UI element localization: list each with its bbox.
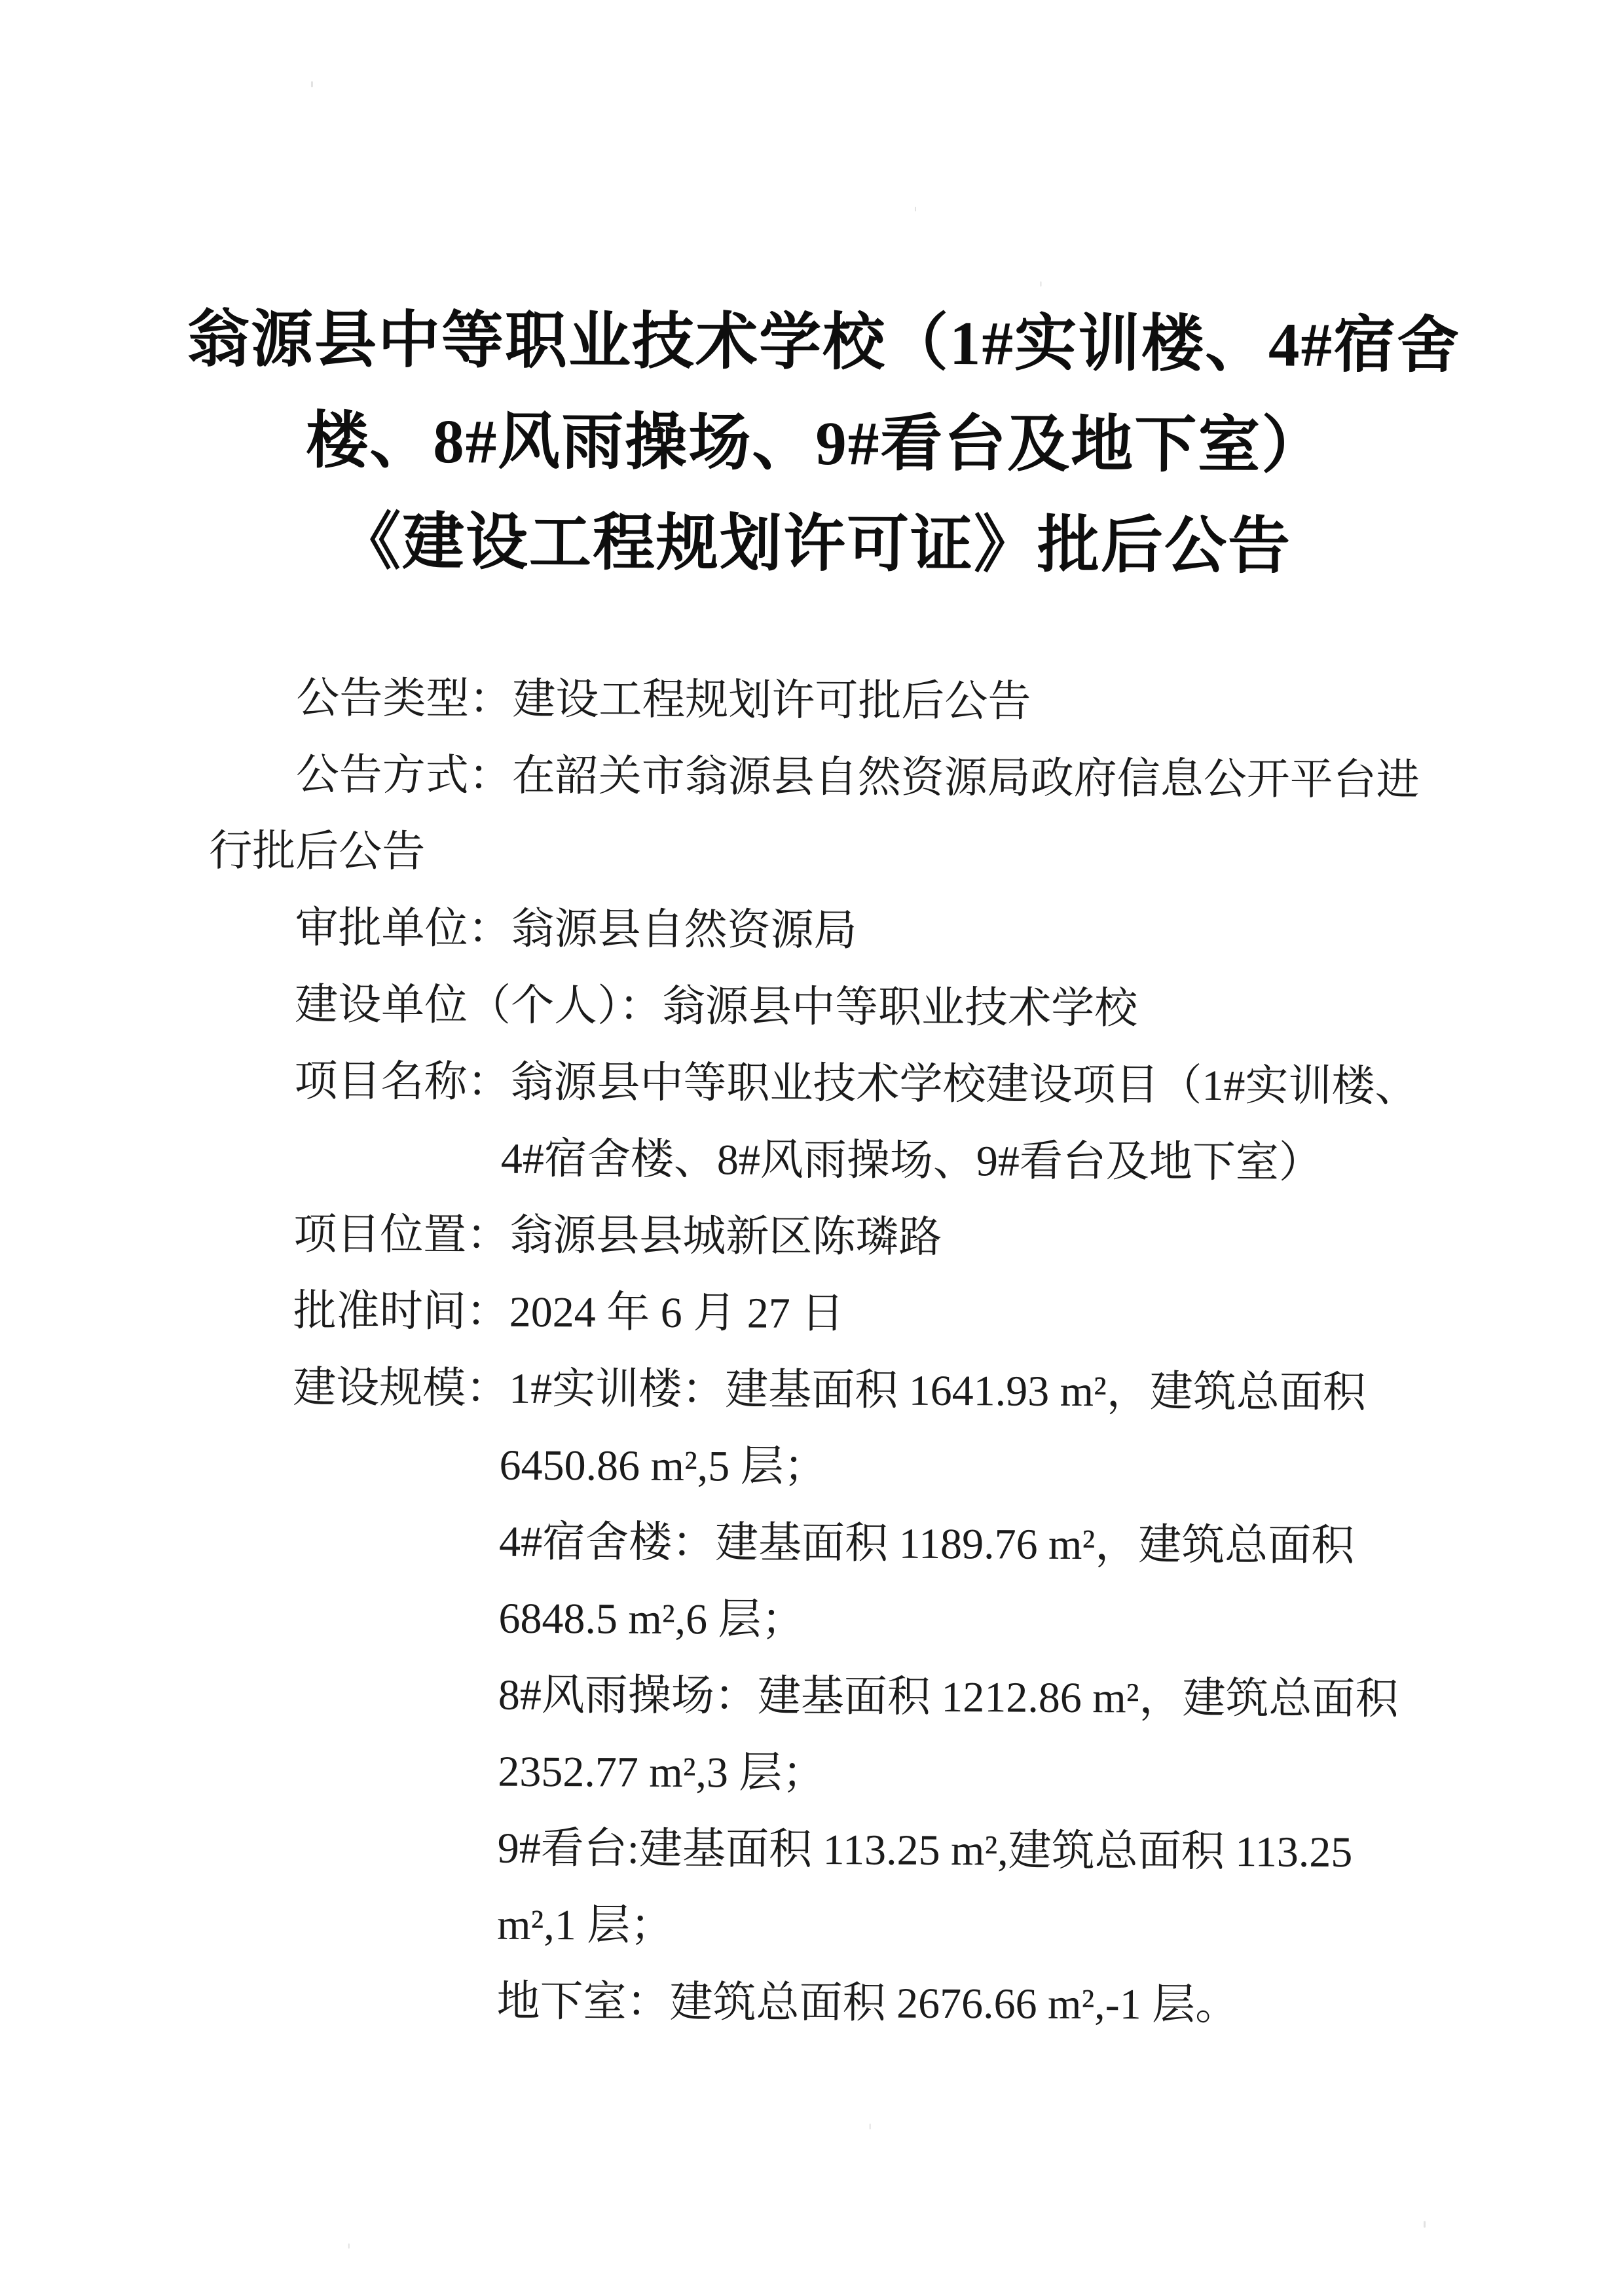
- line-announcement-method: 公告方式：在韶关市翁源县自然资源局政府信息公开平台进: [209, 736, 1441, 818]
- line-construction-unit: 建设单位（个人）：翁源县中等职业技术学校: [208, 966, 1440, 1048]
- line-project-name: 项目名称：翁源县中等职业技术学校建设项目（1#实训楼、: [208, 1042, 1439, 1125]
- line-scale-1-training-building-cont: 6450.86 m²,5 层；: [206, 1425, 1437, 1508]
- line-scale-9-stand-cont: m²,1 层；: [204, 1885, 1435, 1967]
- line-scale-8-gymnasium-cont: 2352.77 m²,3 层；: [204, 1732, 1436, 1814]
- line-project-location: 项目位置：翁源县县城新区陈璘路: [207, 1195, 1439, 1278]
- scan-speck: [348, 2244, 350, 2249]
- scan-speck: [870, 2123, 871, 2129]
- scan-speck: [1040, 282, 1041, 287]
- line-approval-date: 批准时间：2024 年 6 月 27 日: [206, 1272, 1438, 1355]
- line-scale-8-gymnasium: 8#风雨操场：建基面积 1212.86 m²，建筑总面积: [205, 1655, 1437, 1738]
- line-scale-4-dormitory-cont: 6848.5 m²,6 层；: [205, 1578, 1437, 1661]
- scan-speck: [1424, 2221, 1426, 2228]
- line-scale-4-dormitory: 4#宿舍楼：建基面积 1189.76 m²，建筑总面积: [206, 1502, 1437, 1584]
- line-scale-9-stand: 9#看台:建基面积 113.25 m²,建筑总面积 113.25: [204, 1808, 1435, 1891]
- scanned-sheet: 翁源县中等职业技术学校（1#实训楼、4#宿舍 楼、8#风雨操场、9#看台及地下室…: [0, 0, 1624, 2296]
- document-page: 翁源县中等职业技术学校（1#实训楼、4#宿舍 楼、8#风雨操场、9#看台及地下室…: [0, 0, 1624, 2296]
- line-approving-authority: 审批单位：翁源县自然资源局: [208, 889, 1440, 972]
- line-announcement-type: 公告类型：建设工程规划许可批后公告: [210, 659, 1441, 742]
- line-scale-1-training-building: 建设规模：1#实训楼：建基面积 1641.93 m²，建筑总面积: [206, 1349, 1438, 1431]
- title-line-1: 翁源县中等职业技术学校（1#实训楼、4#宿舍: [187, 289, 1445, 395]
- line-project-name-cont: 4#宿舍楼、8#风雨操场、9#看台及地下室）: [208, 1119, 1439, 1201]
- document-body: 公告类型：建设工程规划许可批后公告 公告方式：在韶关市翁源县自然资源局政府信息公…: [203, 659, 1441, 2044]
- line-scale-basement: 地下室：建筑总面积 2676.66 m²,-1 层。: [203, 1961, 1435, 2044]
- title-line-2: 楼、8#风雨操场、9#看台及地下室）: [187, 390, 1445, 496]
- document-title: 翁源县中等职业技术学校（1#实训楼、4#宿舍 楼、8#风雨操场、9#看台及地下室…: [186, 289, 1445, 597]
- line-announcement-method-cont: 行批后公告: [209, 812, 1441, 895]
- scan-speck: [915, 207, 916, 211]
- title-line-3: 《建设工程规划许可证》批后公告: [186, 490, 1444, 597]
- scan-speck: [311, 81, 313, 87]
